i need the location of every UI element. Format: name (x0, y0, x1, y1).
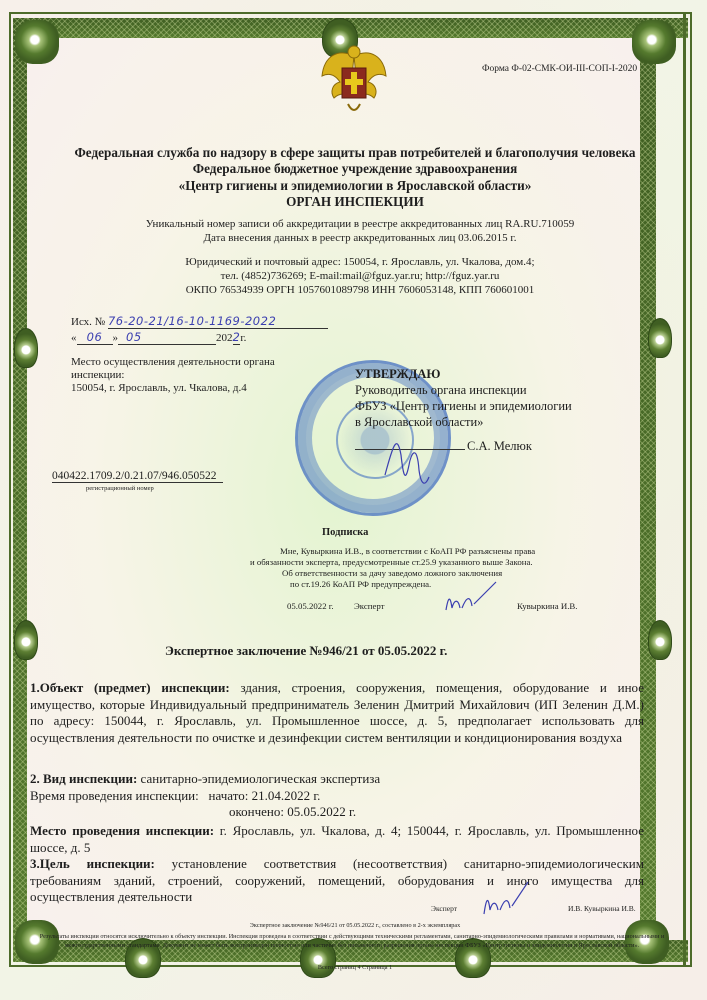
footer-copies: Экспертное заключение №946/21 от 05.05.2… (30, 922, 680, 929)
page-signature-name: И.В. Кувыркина И.В. (568, 904, 636, 913)
page-signature-role: Эксперт (431, 904, 457, 913)
inspection-finished: окончено: 05.05.2022 г. (30, 804, 644, 821)
subscription-line-4: по ст.19.26 КоАП РФ предупреждена. (290, 579, 431, 591)
section-type-label: 2. Вид инспекции: (30, 771, 137, 786)
section-goal-label: 3.Цель инспекции: (30, 856, 155, 871)
signature-icon (375, 425, 435, 495)
outgoing-number: Исх. № 76-20-21/16-10-1169-2022 (71, 314, 328, 329)
section-place-and-goal: Место проведения инспекции: г. Ярославль… (30, 823, 644, 906)
registration-number-label: регистрационный номер (86, 485, 154, 492)
agency-name: Федеральная служба по надзору в сфере за… (30, 145, 680, 162)
side-ornament-icon (14, 328, 38, 368)
conclusion-title: Экспертное заключение №946/21 от 05.05.2… (165, 643, 447, 659)
expert-signature-icon (440, 580, 500, 616)
legal-address: Юридический и почтовый адрес: 150054, г.… (100, 256, 620, 270)
section-type-text: санитарно-эпидемиологическая экспертиза (137, 771, 380, 786)
approval-signer: С.А. Мелюк (467, 439, 532, 453)
footer-disclaimer: Результаты инспекции относятся исключите… (32, 933, 672, 950)
corner-ornament-icon (15, 20, 59, 64)
approval-line-1: Руководитель органа инспекции (355, 382, 572, 398)
form-code: Форма Ф-02-СМК-ОИ-III-СОП-I-2020 (482, 64, 637, 74)
side-ornament-icon (14, 620, 38, 660)
inspection-time-label: Время проведения инспекции: (30, 788, 199, 803)
corner-ornament-icon (632, 20, 676, 64)
accreditation-date: Дата внесения данных в реестр аккредитов… (100, 232, 620, 246)
place-of-activity: Место осуществления деятельности органа … (71, 356, 291, 395)
outgoing-year-suffix: г. (240, 332, 246, 344)
place-label: Место осуществления деятельности органа … (71, 356, 291, 382)
footer-page-count: Всего страниц 4 Страница 1 (30, 964, 680, 971)
inspection-body-title: ОРГАН ИНСПЕКЦИИ (30, 194, 680, 211)
approval-line-2: ФБУЗ «Центр гигиены и эпидемиологии (355, 398, 572, 414)
side-ornament-icon (648, 620, 672, 660)
contact-info: тел. (4852)736269; E-mail:mail@fguz.yar.… (100, 270, 620, 284)
subscription-date: 05.05.2022 г. (287, 601, 334, 613)
rospotrebnadzor-emblem-icon (318, 26, 390, 126)
section-object-label: 1.Объект (предмет) инспекции: (30, 680, 230, 695)
subscription-line-2: и обязанности эксперта, предусмотренные … (250, 557, 533, 569)
border-left (13, 18, 27, 962)
outgoing-year-prefix: 202 (216, 332, 233, 344)
accreditation-number: Уникальный номер записи об аккредитации … (100, 218, 620, 232)
inspection-started: начато: 21.04.2022 г. (209, 788, 321, 803)
registration-number-value: 040422.1709.2/0.21.07/946.050522 (52, 470, 223, 483)
institution-type: Федеральное бюджетное учреждение здравоо… (30, 161, 680, 178)
border-right-line (683, 12, 686, 967)
institution-name: «Центр гигиены и эпидемиологии в Ярослав… (30, 178, 680, 195)
outgoing-day: 06 (77, 330, 113, 345)
section-object: 1.Объект (предмет) инспекции: здания, ст… (30, 680, 644, 746)
section-inspection-type: 2. Вид инспекции: санитарно-эпидемиологи… (30, 771, 644, 821)
subscription-title: Подписка (322, 527, 368, 538)
outgoing-month: 05 (118, 330, 216, 345)
subscription-role: Эксперт (354, 601, 385, 613)
side-ornament-icon (648, 318, 672, 358)
subscription-line-1: Мне, Кувыркина И.В., в соответствии с Ко… (280, 546, 535, 558)
registration-number: 040422.1709.2/0.21.07/946.050522 (52, 470, 223, 483)
registration-codes: ОКПО 76534939 ОРГН 1057601089798 ИНН 760… (100, 284, 620, 298)
outgoing-label: Исх. № (71, 316, 105, 328)
subscription-name: Кувыркина И.В. (517, 601, 577, 613)
approval-title: УТВЕРЖДАЮ (355, 367, 440, 381)
outgoing-number-value: 76-20-21/16-10-1169-2022 (108, 314, 328, 329)
place-address: 150054, г. Ярославль, ул. Чкалова, д.4 (71, 382, 291, 395)
outgoing-date: «06»052022г. (71, 330, 246, 345)
inspection-place-label: Место проведения инспекции: (30, 823, 214, 838)
page-signature-icon (480, 880, 530, 920)
subscription-line-3: Об ответственности за дачу заведомо ложн… (282, 568, 502, 580)
